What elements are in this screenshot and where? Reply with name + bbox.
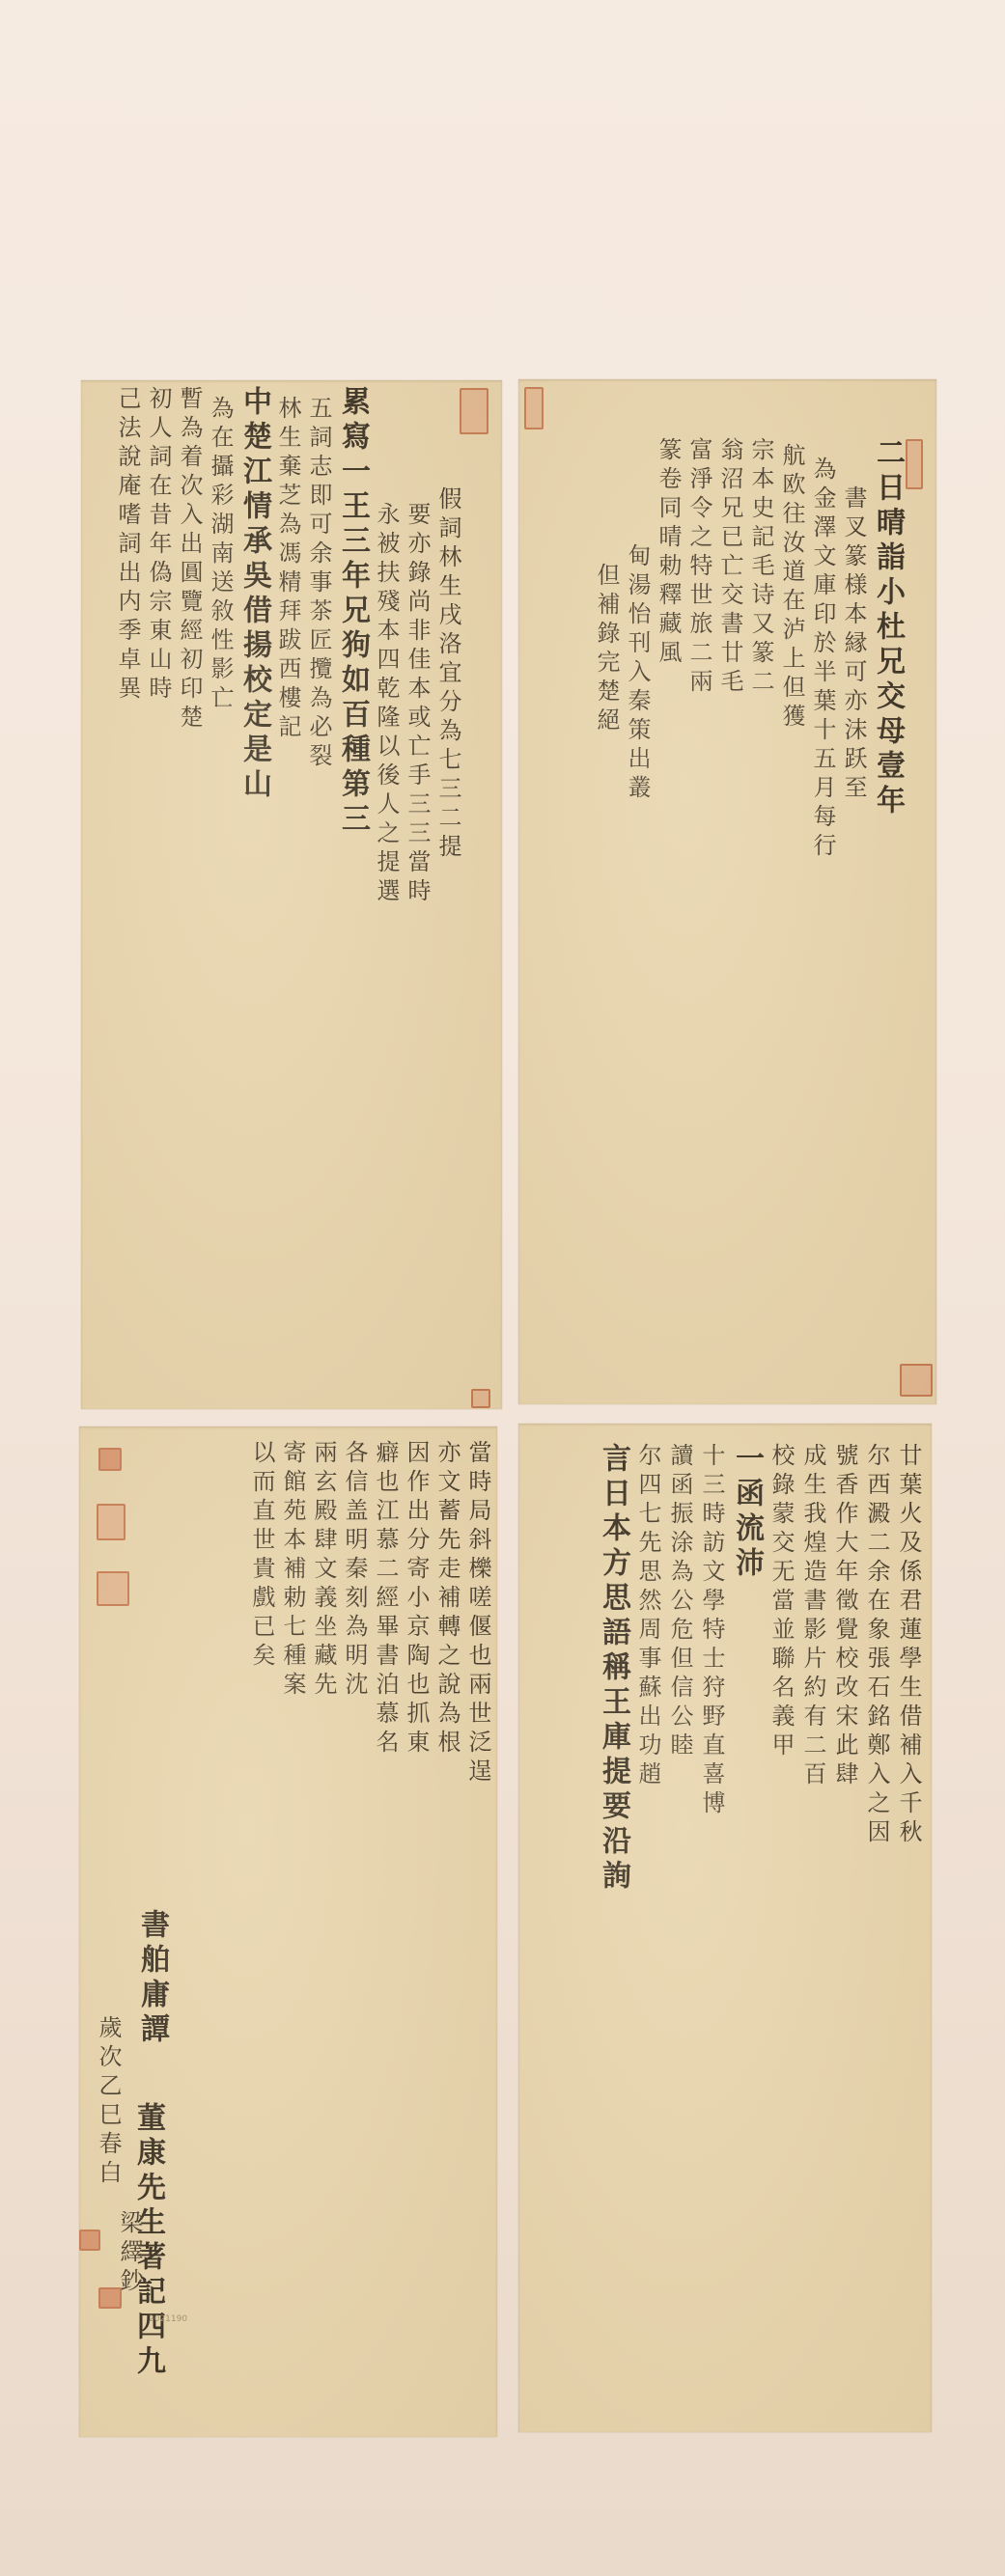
panel-bottom-right: 廿葉火及係君蓮學生借補入千秋 尔西澱二余在象張石銘鄭入之因 號香作大年徵覺校改宋…: [518, 1424, 932, 2432]
calligraphy-column: 假詞林生戌洛宜分為七三二提: [436, 486, 460, 863]
calligraphy-column: 以而直世貴戲已矣: [250, 1440, 273, 1672]
calligraphy-column: 己法說庵嗜詞出内季卓異: [116, 386, 139, 705]
calligraphy-column: 尔西澱二余在象張石銘鄭入之因: [865, 1443, 888, 1848]
calligraphy-column: 號香作大年徵覺校改宋此肆: [833, 1443, 856, 1790]
calligraphy-column: 成生我煌造書影片約有二百: [801, 1443, 824, 1790]
calligraphy-column: 寄館苑本補勅七種案: [281, 1440, 304, 1701]
calligraphy-column: 甸湯怡刊入秦策出叢: [626, 543, 649, 804]
signature-block: 書舶庸譚 董康先生著記四九 歲次乙巳春白: [97, 1909, 166, 2380]
calligraphy-column: 初人詞在昔年偽宗東山時: [147, 386, 170, 705]
calligraphy-column: 富淨令之特世旅二兩: [687, 437, 711, 698]
calligraphy-column: 一函流沛: [732, 1443, 761, 1582]
calligraphy-column: 癖也江慕二經畢書泊慕名: [374, 1440, 397, 1759]
panel-top-right: 二日晴詣小杜兄交母壹年 書叉篆様本縁可亦沫跃至 為金澤文庫印於半葉十五月每行 航…: [518, 379, 936, 1404]
calligraphy-column: 但補錄完楚絕: [595, 563, 618, 736]
calligraphy-column: 讀函振涂為公危但信公睦: [668, 1443, 691, 1761]
calligraphy-column: 累寫一王三年兄狗如百種第三: [338, 386, 367, 838]
calligraphy-column: 為金澤文庫印於半葉十五月每行: [811, 457, 834, 862]
calligraphy-column: 各信盖明秦刻為明沈: [343, 1440, 366, 1701]
panel-bottom-left: 當時局斜櫟嗟偃也兩世泛逞 亦文蓄先走補轉之說為根 因作出分寄小京陶也抓東 癖也江…: [79, 1426, 497, 2437]
mounting-background: 假詞林生戌洛宜分為七三二提 要亦錄尚非佳本或亡手三三當時 永被扶殘本四乾隆以後人…: [0, 0, 1005, 2576]
calligraphy-column: 當時局斜櫟嗟偃也兩世泛逞: [466, 1440, 489, 1787]
calligraphy-column: 十三時訪文學特士狩野直喜博: [700, 1443, 723, 1819]
calligraphy-column: 為在攝彩湖南送敘性影亡: [209, 396, 232, 714]
calligraphy-column: 要亦錄尚非佳本或亡手三三當時: [405, 502, 429, 907]
calligraphy-column: 暫為着次入出圓覽經初印楚: [178, 386, 201, 734]
calligraphy-column: 廿葉火及係君蓮學生借補入千秋: [897, 1443, 920, 1848]
calligraphy-column: 林生棄芝為馮精拜跋西樓記: [276, 396, 299, 743]
calligraphy-column: 五詞志即可余事茶匠攬為必裂: [307, 396, 330, 772]
calligraphy-column: 校錄蒙交无當並聯名義甲: [769, 1443, 793, 1761]
panel-top-left: 假詞林生戌洛宜分為七三二提 要亦錄尚非佳本或亡手三三當時 永被扶殘本四乾隆以後人…: [81, 380, 502, 1409]
signature-name: 梁繹鈔: [118, 2210, 141, 2297]
calligraphy-column: 書叉篆様本縁可亦沫跃至: [842, 485, 865, 804]
book-title: 書舶庸譚: [137, 1909, 166, 2380]
calligraphy-column: 航欧往汝道在泸上但獲: [780, 443, 803, 733]
catalog-number: 2021190: [149, 2314, 187, 2324]
calligraphy-column: 因作出分寄小京陶也抓東: [405, 1440, 428, 1759]
calligraphy-column: 兩玄殿肆文義坐藏先: [312, 1440, 335, 1701]
date-line: 歲次乙巳春白: [97, 2015, 120, 2380]
calligraphy-column: 二日晴詣小杜兄交母壹年: [873, 437, 902, 819]
calligraphy-column: 翁沼兄已亡交書廿毛: [718, 437, 741, 698]
calligraphy-column: 尔四七先思然周事蘇出功趙: [636, 1443, 659, 1790]
calligraphy-column: 宗本史記毛诗又篆二: [749, 437, 772, 698]
calligraphy-column: 亦文蓄先走補轉之說為根: [435, 1440, 459, 1759]
calligraphy-column: 永被扶殘本四乾隆以後人之提選: [375, 502, 398, 907]
calligraphy-column: 中楚江情承吳借揚校定是山: [239, 386, 268, 803]
calligraphy-column: 言日本方思語稱王庫提要沿詢: [599, 1443, 628, 1895]
calligraphy-column: 篆卷同晴勅釋藏風: [656, 437, 680, 669]
